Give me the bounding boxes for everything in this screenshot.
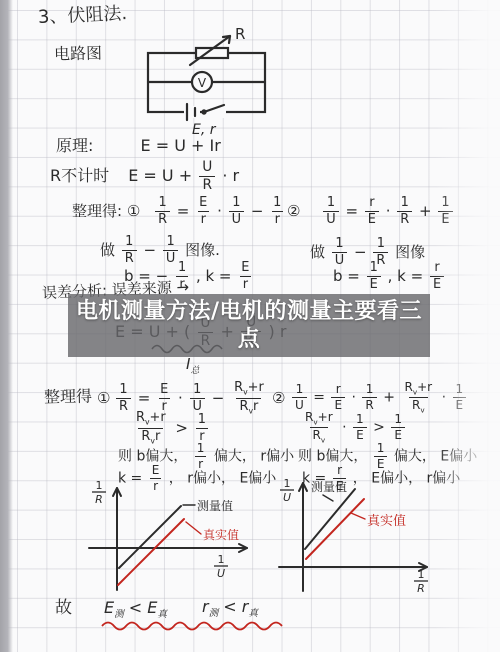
svg-text:U: U xyxy=(283,491,291,504)
page-left-edge xyxy=(0,0,13,652)
svg-text:1: 1 xyxy=(418,568,425,581)
x-axis-label: 1 R xyxy=(414,568,428,595)
true-line xyxy=(118,519,184,585)
true-line xyxy=(306,499,364,559)
circuit-diagram: R V E, r xyxy=(140,22,300,147)
measured-label: 测量值 xyxy=(197,498,233,513)
i-total-label: I总 xyxy=(186,356,199,376)
section2-label: 整理得 xyxy=(44,387,92,407)
conclusion-r: r测 < r真 xyxy=(202,598,258,619)
section2-eq2: 1U = rE · 1R + Rv+rRv · 1E xyxy=(290,381,468,414)
y-axis-label: 1 R xyxy=(92,479,106,506)
conclusion-gu: 故 xyxy=(55,599,72,619)
svg-text:1: 1 xyxy=(218,553,225,566)
section2-circ2: ② xyxy=(272,390,285,407)
graph-1U-vs-1R: 测量值 真实值 1 U 1 R xyxy=(275,473,455,601)
switch-post xyxy=(202,110,205,113)
caption-title-line2: 点 xyxy=(238,326,261,354)
true-label: 真实值 xyxy=(203,527,239,542)
circuit-diagram-label: 电路图 xyxy=(54,44,102,64)
arranged-eq-1: 整理得: ① 1R = Er · 1U − 1r xyxy=(72,196,286,227)
condition-eq: E = U + UR · r xyxy=(128,160,239,193)
resistor-label: R xyxy=(235,25,245,43)
measured-line xyxy=(119,506,181,568)
measured-leader xyxy=(323,495,333,501)
svg-text:R: R xyxy=(95,493,103,506)
measured-label: 测量值 xyxy=(311,479,347,494)
principle-eq: E = U + Ir xyxy=(141,137,221,155)
caption-overlay-band: 电机测量方法/电机的测量主要看三 点 xyxy=(68,294,430,357)
measured-line xyxy=(305,489,355,549)
principle-line: 原理: E = U + Ir xyxy=(56,137,221,156)
conclusion-red-wavy-underline xyxy=(100,620,286,632)
true-leader xyxy=(351,513,365,519)
notes-page: 3、伏阻法. 电路图 R V E, r 原理: E = U + Ir xyxy=(0,0,500,652)
y-axis-label: 1 U xyxy=(280,477,294,504)
voltmeter-label: V xyxy=(198,76,207,90)
true-label: 真实值 xyxy=(367,513,406,529)
svg-text:1: 1 xyxy=(284,477,291,490)
section-heading: 3、伏阻法. xyxy=(38,4,128,29)
slope-intercept-2: b = 1E , k = rE xyxy=(333,261,446,292)
caption-title-line1: 电机测量方法/电机的测量主要看三 xyxy=(76,298,422,326)
svg-text:R: R xyxy=(417,582,425,595)
svg-text:U: U xyxy=(217,567,225,580)
conclusion-e: E测 < E真 xyxy=(104,599,167,620)
x-axis-label: 1 U xyxy=(214,553,228,580)
section2-ineq2: Rv+rRv · 1E > 1E xyxy=(300,411,407,444)
section2-circ1: ① xyxy=(97,390,110,407)
svg-text:1: 1 xyxy=(96,479,103,492)
graph-1R-vs-1U: 测量值 真实值 1 R 1 U xyxy=(85,478,275,598)
arranged-eq-2: ② 1U = rE · 1R + 1E xyxy=(287,196,455,227)
condition-line: R不计时 E = U + UR · r xyxy=(50,160,239,193)
true-leader xyxy=(186,522,201,534)
